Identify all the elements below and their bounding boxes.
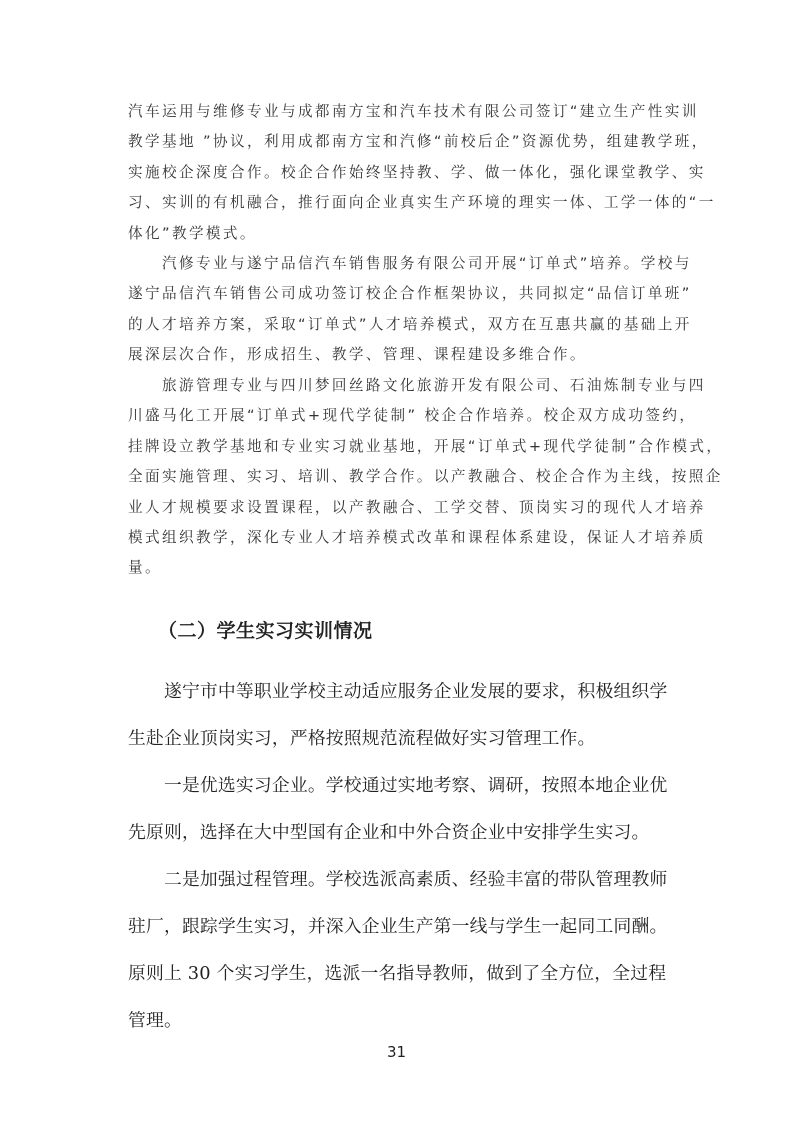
section-internship-body: 遂宁市中等职业学校主动适应服务企业发展的要求，积极组织学 生赴企业顶岗实习，严格… [128, 668, 668, 1044]
paragraph-tourism-petroleum: 旅游管理专业与四川梦回丝路文化旅游开发有限公司、石油炼制专业与四 川盛马化工开展… [128, 371, 668, 584]
text-line: 汽车运用与维修专业与成都南方宝和汽车技术有限公司签订“建立生产性实训 [128, 97, 668, 127]
text-line: 教学基地 ”协议，利用成都南方宝和汽修“前校后企”资源优势，组建教学班， [128, 127, 668, 157]
text-line: 原则上 30 个实习学生，选派一名指导教师，做到了全方位，全过程 [128, 950, 668, 997]
text-line: 川盛马化工开展“订单式+现代学徒制” 校企合作培养。校企双方成功签约， [128, 401, 668, 431]
text-line: 实施校企深度合作。校企合作始终坚持教、学、做一体化，强化课堂教学、实 [128, 158, 668, 188]
text-line: 管理。 [128, 997, 668, 1044]
text-line: 展深层次合作，形成招生、教学、管理、课程建设多维合作。 [128, 340, 668, 370]
text-line: 业人才规模要求设置课程，以产教融合、工学交替、顶岗实习的现代人才培养 [128, 493, 668, 523]
text-line: 遂宁品信汽车销售公司成功签订校企合作框架协议，共同拟定“品信订单班” [128, 279, 668, 309]
text-line: 生赴企业顶岗实习，严格按照规范流程做好实习管理工作。 [128, 715, 668, 762]
text-line: 的人才培养方案，采取“订单式”人才培养模式，双方在互惠共赢的基础上开 [128, 310, 668, 340]
paragraph-auto-repair-cooperation: 汽车运用与维修专业与成都南方宝和汽车技术有限公司签订“建立生产性实训 教学基地 … [128, 97, 668, 249]
text-line: 挂牌设立教学基地和专业实习就业基地，开展“订单式+现代学徒制”合作模式， [128, 432, 668, 462]
text-line: 体化”教学模式。 [128, 219, 668, 249]
text-line: 遂宁市中等职业学校主动适应服务企业发展的要求，积极组织学 [128, 668, 668, 715]
text-line: 全面实施管理、实习、培训、教学合作。以产教融合、校企合作为主线，按照企 [128, 462, 668, 492]
page-number: 31 [0, 1043, 793, 1061]
text-line: 一是优选实习企业。学校通过实地考察、调研，按照本地企业优 [128, 762, 668, 809]
text-line: 二是加强过程管理。学校选派高素质、经验丰富的带队管理教师 [128, 856, 668, 903]
document-page: 汽车运用与维修专业与成都南方宝和汽车技术有限公司签订“建立生产性实训 教学基地 … [0, 0, 793, 1122]
text-line: 量。 [128, 553, 668, 583]
text-line: 旅游管理专业与四川梦回丝路文化旅游开发有限公司、石油炼制专业与四 [128, 371, 668, 401]
paragraph-order-training: 汽修专业与遂宁品信汽车销售服务有限公司开展“订单式”培养。学校与 遂宁品信汽车销… [128, 249, 668, 371]
section-heading: （二）学生实习实训情况 [158, 616, 373, 643]
text-line: 驻厂，跟踪学生实习，并深入企业生产第一线与学生一起同工同酬。 [128, 903, 668, 950]
text-line: 模式组织教学，深化专业人才培养模式改革和课程体系建设，保证人才培养质 [128, 523, 668, 553]
text-line: 汽修专业与遂宁品信汽车销售服务有限公司开展“订单式”培养。学校与 [128, 249, 668, 279]
text-line: 先原则，选择在大中型国有企业和中外合资企业中安排学生实习。 [128, 809, 668, 856]
text-line: 习、实训的有机融合，推行面向企业真实生产环境的理实一体、工学一体的“一 [128, 188, 668, 218]
